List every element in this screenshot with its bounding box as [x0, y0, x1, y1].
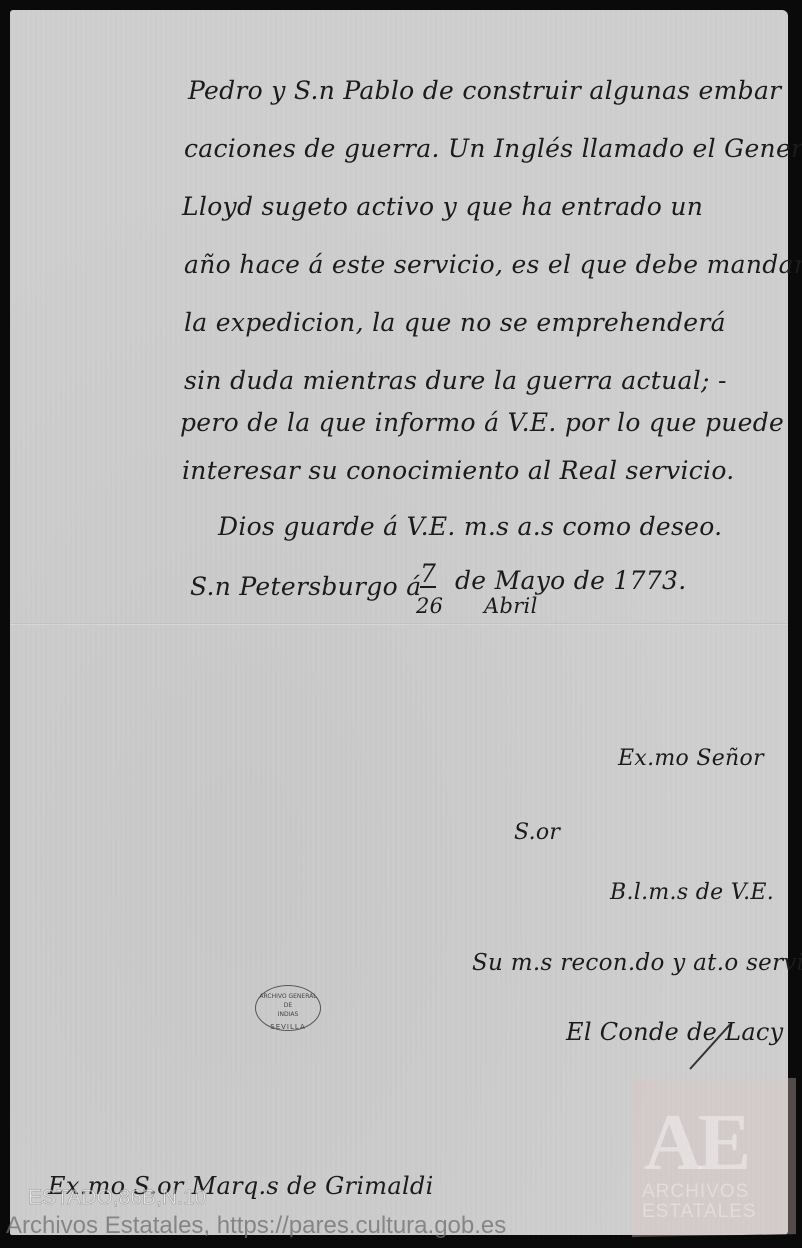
blm-line: B.l.m.s de V.E. — [610, 880, 774, 905]
salutation: Ex.mo Señor — [618, 746, 764, 771]
body-line-4: año hace á este servicio, es el que debe… — [184, 250, 802, 279]
service-line: Su m.s recon.do y at.o servidor — [472, 950, 802, 976]
body-line-2: caciones de guerra. Un Inglés llamado el… — [184, 134, 802, 163]
body-line-8: interesar su conocimiento al Real servic… — [182, 456, 735, 485]
page-fold-line — [10, 623, 788, 625]
logo-letters: AE — [644, 1098, 747, 1189]
archive-stamp: ARCHIVO GENERAL DE INDIAS SEVILLA — [255, 985, 321, 1031]
reference-watermark: ESTADO,86B,N.10 — [28, 1186, 206, 1210]
date-old-month: Abril — [484, 594, 538, 618]
date-day-new: 7 — [420, 562, 436, 588]
date-place: S.n Petersburgo á — [190, 572, 421, 601]
date-month-year: de Mayo de 1773. — [455, 566, 686, 595]
archivos-estatales-logo: AE ARCHIVOS ESTATALES — [632, 1078, 796, 1238]
body-line-1: Pedro y S.n Pablo de construir algunas e… — [188, 76, 781, 105]
stamp-top: ARCHIVO GENERAL — [256, 992, 320, 1001]
body-line-6: sin duda mientras dure la guerra actual;… — [184, 366, 727, 395]
body-line-7: pero de la que informo á V.E. por lo que… — [180, 408, 784, 437]
stamp-city: SEVILLA — [256, 1023, 320, 1032]
source-watermark: Archivos Estatales, https://pares.cultur… — [6, 1212, 506, 1240]
sor-line: S.or — [514, 820, 560, 845]
closing-line: Dios guarde á V.E. m.s a.s como deseo. — [218, 512, 722, 541]
body-line-3: Lloyd sugeto activo y que ha entrado un — [182, 192, 703, 221]
stamp-indias: INDIAS — [256, 1010, 320, 1019]
date-day-old: 26 — [416, 594, 443, 618]
body-line-5: la expedicion, la que no se emprehenderá — [184, 308, 726, 337]
signature: El Conde de Lacy — [566, 1018, 784, 1046]
logo-label: ARCHIVOS ESTATALES — [642, 1182, 796, 1222]
stamp-de: DE — [256, 1001, 320, 1010]
